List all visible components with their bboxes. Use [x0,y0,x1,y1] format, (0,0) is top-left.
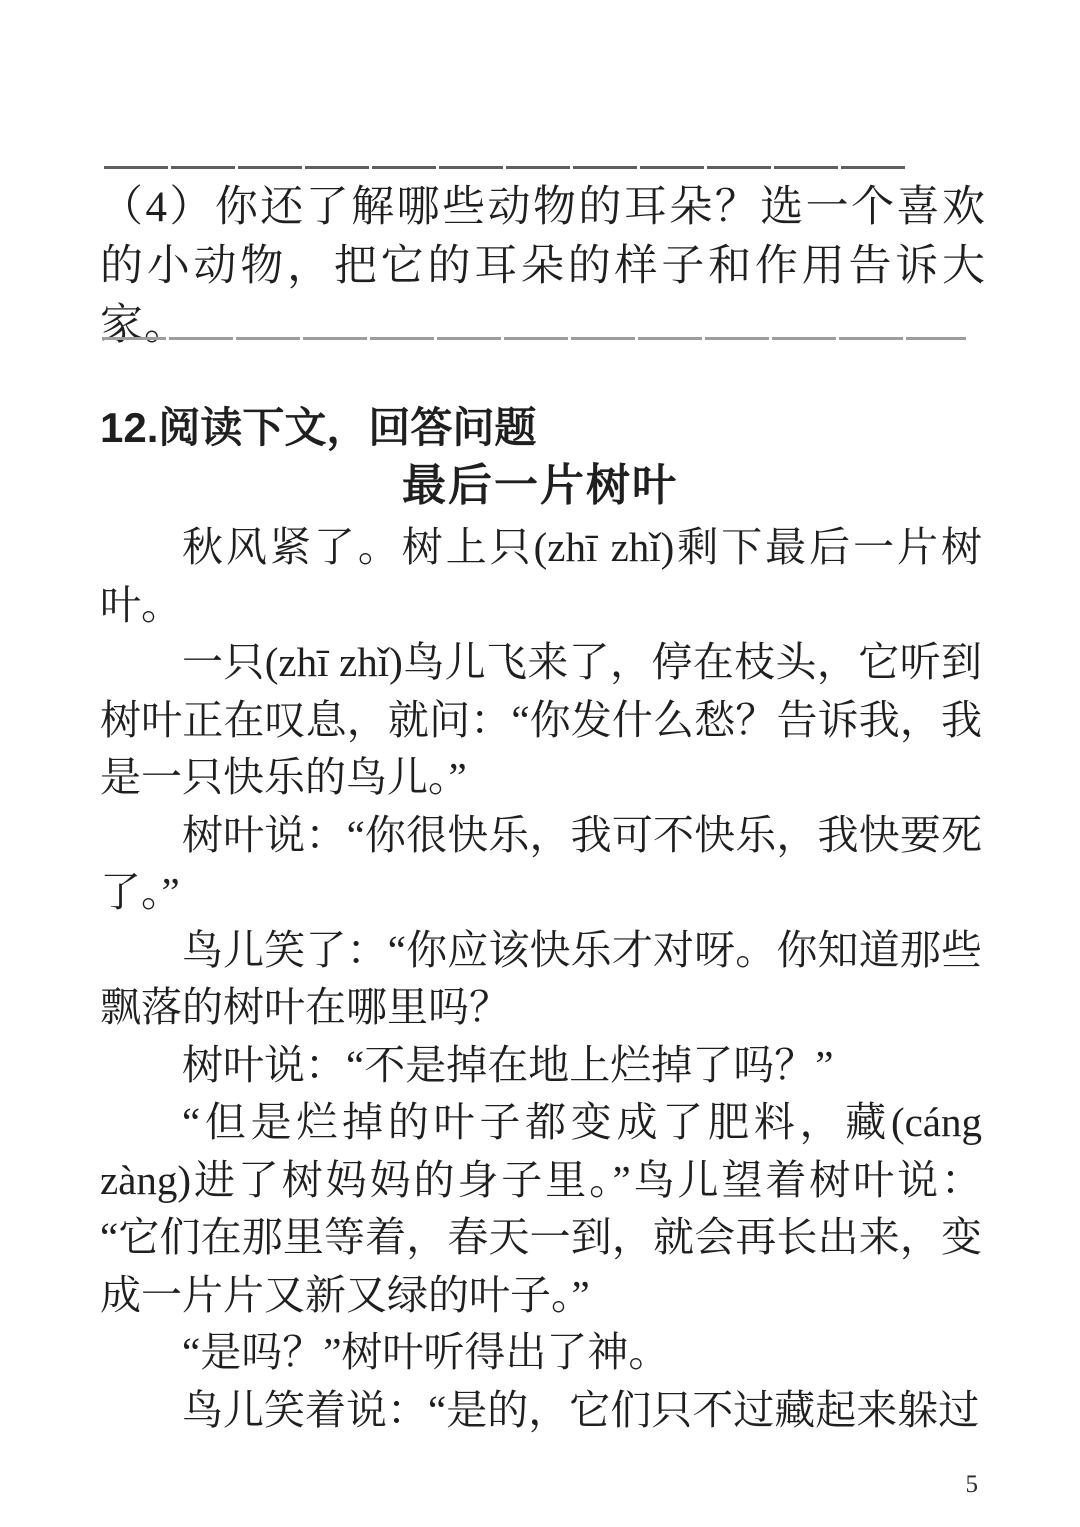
passage-paragraph: 树叶说：“你很快乐，我可不快乐，我快要死了。” [100,807,982,922]
passage-paragraph: 秋风紧了。树上只(zhī zhǐ)剩下最后一片树叶。 [100,519,982,634]
section-12-heading: 12.阅读下文，回答问题 [100,403,536,453]
passage-paragraph: “但是烂掉的叶子都变成了肥料，藏(cáng zàng)进了树妈妈的身子里。”鸟儿… [100,1094,982,1324]
answer-blank-line-top [104,166,906,169]
passage-paragraph: 一只(zhī zhǐ)鸟儿飞来了，停在枝头，它听到树叶正在叹息，就问：“你发什么… [100,634,982,807]
passage-paragraph: “是吗？”树叶听得出了神。 [100,1324,982,1382]
passage-body: 秋风紧了。树上只(zhī zhǐ)剩下最后一片树叶。 一只(zhī zhǐ)鸟儿… [100,519,982,1439]
passage-paragraph: 树叶说：“不是掉在地上烂掉了吗？” [100,1037,982,1095]
question-4-text: （4）你还了解哪些动物的耳朵？选一个喜欢的小动物，把它的耳朵的样子和作用告诉大家… [100,178,986,355]
answer-blank-line-bottom [102,337,966,340]
passage-paragraph: 鸟儿笑着说：“是的，它们只不过藏起来躲过 [100,1382,982,1440]
worksheet-page: （4）你还了解哪些动物的耳朵？选一个喜欢的小动物，把它的耳朵的样子和作用告诉大家… [0,0,1080,1527]
passage-paragraph: 鸟儿笑了：“你应该快乐才对呀。你知道那些飘落的树叶在哪里吗？ [100,922,982,1037]
page-number: 5 [966,1470,979,1500]
passage-title: 最后一片树叶 [0,461,1080,511]
